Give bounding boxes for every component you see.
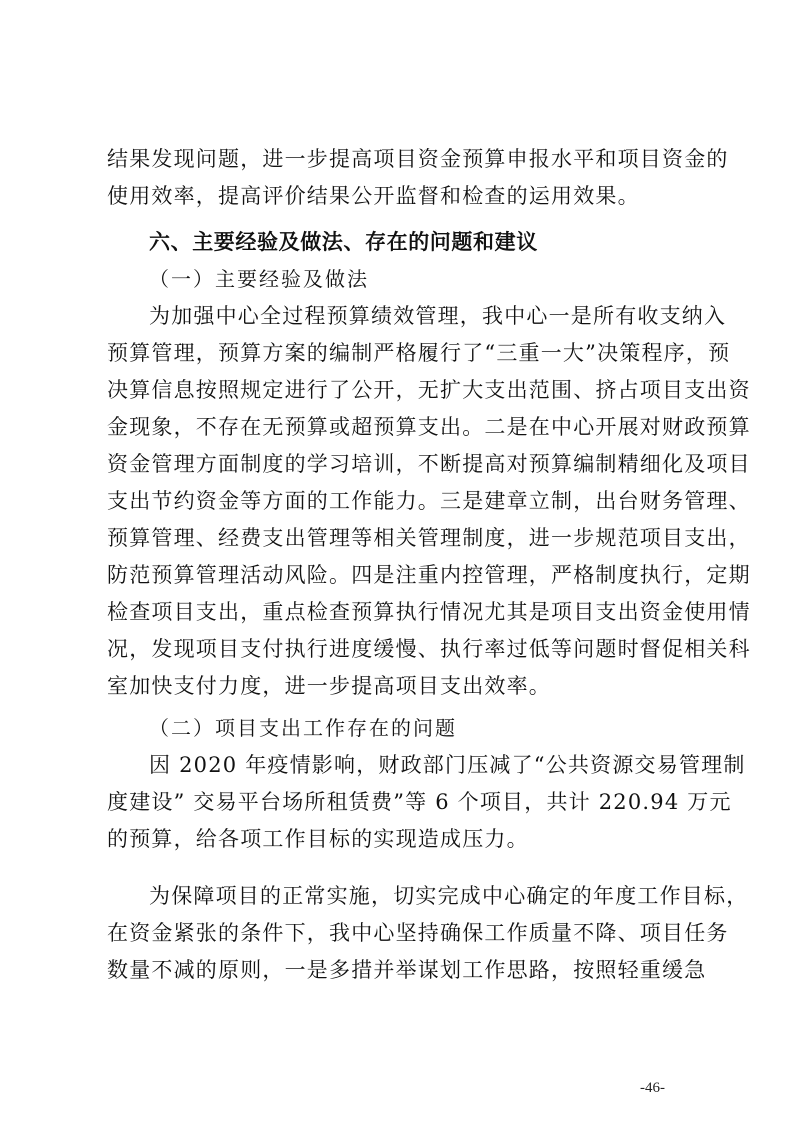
body-line: 金现象，不存在无预算或超预算支出。二是在中心开展对财政预算: [107, 414, 751, 440]
body-line: 为保障项目的正常实施，切实完成中心确定的年度工作目标，: [149, 883, 748, 909]
body-line: 的预算，给各项工作目标的实现造成压力。: [107, 826, 529, 852]
body-line: 因 2020 年疫情影响，财政部门压减了“公共资源交易管理制: [149, 752, 746, 778]
body-line: 使用效率，提高评价结果公开监督和检查的运用效果。: [107, 183, 640, 209]
body-line: 况，发现项目支付执行进度缓慢、执行率过低等问题时督促相关科: [107, 636, 751, 662]
section-heading: 六、主要经验及做法、存在的问题和建议: [149, 229, 538, 255]
subsection-heading: （一）主要经验及做法: [149, 266, 369, 292]
body-line: 度建设” 交易平台场所租赁费”等 6 个项目，共计 220.94 万元: [107, 789, 732, 815]
body-line: 检查项目支出，重点检查预算执行情况尤其是项目支出资金使用情: [107, 599, 751, 625]
body-line: 预算管理、经费支出管理等相关管理制度，进一步规范项目支出，: [107, 525, 751, 551]
body-line: 预算管理，预算方案的编制严格履行了“三重一大”决策程序，预: [107, 340, 730, 366]
body-line: 资金管理方面制度的学习培训，不断提高对预算编制精细化及项目: [107, 451, 751, 477]
body-line: 在资金紧张的条件下，我中心坚持确保工作质量不降、项目任务: [107, 920, 729, 946]
body-line: 室加快支付力度，进一步提高项目支出效率。: [107, 673, 551, 699]
body-line: 支出节约资金等方面的工作能力。三是建章立制，出台财务管理、: [107, 488, 751, 514]
body-line: 决算信息按照规定进行了公开，无扩大支出范围、挤占项目支出资: [107, 377, 751, 403]
body-line: 数量不减的原则，一是多措并举谋划工作思路，按照轻重缓急: [107, 957, 706, 983]
body-line: 为加强中心全过程预算绩效管理，我中心一是所有收支纳入: [149, 303, 726, 329]
body-line: 结果发现问题，进一步提高项目资金预算申报水平和项目资金的: [107, 146, 729, 172]
body-line: 防范预算管理活动风险。四是注重内控管理，严格制度执行，定期: [107, 562, 751, 588]
subsection-heading: （二）项目支出工作存在的问题: [149, 715, 457, 741]
page-number: -46-: [640, 1080, 665, 1097]
